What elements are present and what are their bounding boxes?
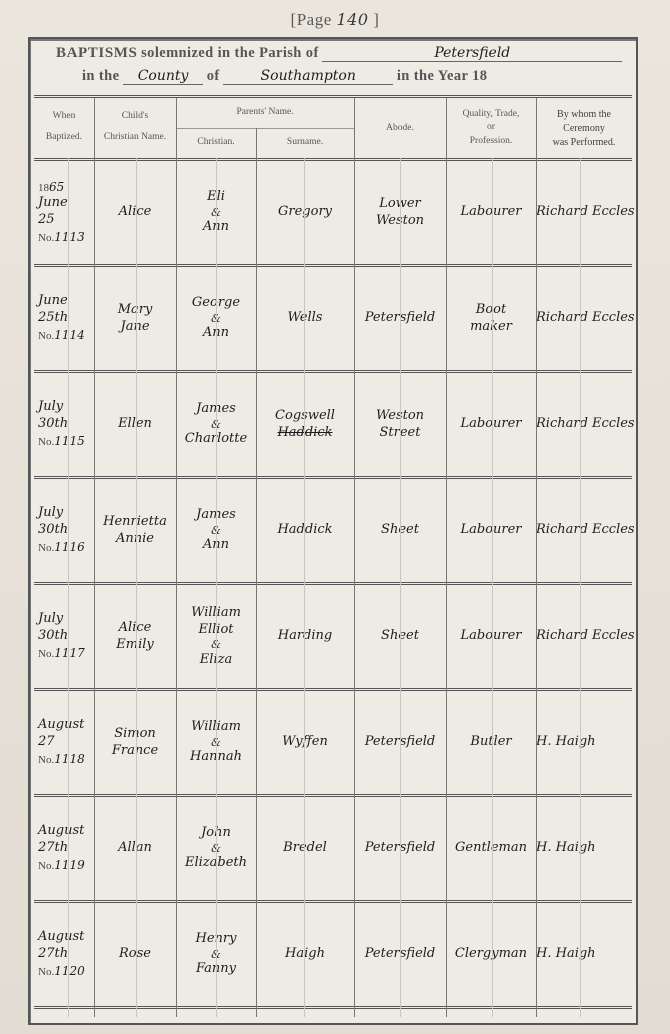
table-header: When Baptized. Child's Christian Name. P…: [34, 98, 632, 161]
register-entry-row: July30thNo.1116HenriettaAnnieJames&AnnHa…: [34, 479, 632, 585]
header-child: Child's Christian Name.: [94, 110, 176, 145]
entry-number-label: No.: [38, 436, 54, 448]
baptism-date: August: [38, 823, 84, 839]
header-parents-name: Parents' Name.: [176, 106, 354, 119]
officiant-name: H. Haigh: [536, 734, 596, 750]
officiant-name: Richard Eccles: [536, 416, 635, 432]
column-rule: [354, 98, 355, 1017]
entry-number-label: No.: [38, 966, 54, 978]
cell-when: July30thNo.1117: [34, 585, 98, 688]
entry-number-label: No.: [38, 754, 54, 766]
year-label: in the Year 18: [397, 68, 488, 84]
child-text: Simon: [114, 726, 156, 742]
baptism-date: July: [38, 505, 63, 521]
entry-number: No.1119: [38, 858, 85, 874]
page-number-handwritten: 140: [337, 10, 369, 29]
cell-surname: Gregory: [256, 161, 354, 264]
header-parents-divider: [176, 128, 354, 129]
title-in-the: in the: [82, 68, 119, 84]
cell-when: July30thNo.1116: [34, 479, 98, 582]
entry-number-value: 1114: [54, 328, 85, 342]
entry-number: No.1116: [38, 540, 85, 556]
officiant-name: Richard Eccles: [536, 204, 635, 220]
quality-text: Boot: [476, 302, 506, 318]
title-line-county: in the County of Southampton in the Year…: [82, 68, 632, 85]
cell-officiant: H. Haigh: [536, 797, 646, 900]
officiant-name: H. Haigh: [536, 946, 596, 962]
quality-text: Butler: [470, 734, 511, 750]
title-baptisms: BAPTISMS: [56, 45, 138, 61]
quality-text: Labourer: [460, 628, 521, 644]
officiant-name: Richard Eccles: [536, 522, 635, 538]
faint-guide-rule: [400, 158, 401, 1017]
surname: Cogswell: [275, 408, 335, 424]
entry-number-value: 1113: [54, 230, 85, 244]
cell-child: Ellen: [94, 373, 176, 476]
child-text: Alice: [119, 620, 152, 636]
cell-child: HenriettaAnnie: [94, 479, 176, 582]
cell-child: AliceEmily: [94, 585, 176, 688]
entry-number: No.1118: [38, 752, 85, 768]
baptism-date: 25th: [38, 310, 68, 326]
cell-surname: CogswellHaddick: [256, 373, 354, 476]
officiant-name: Richard Eccles: [536, 628, 635, 644]
page-label: [Page: [291, 10, 332, 29]
entry-number-label: No.: [38, 232, 54, 244]
entry-number: No.1113: [38, 230, 85, 246]
cell-surname: Haigh: [256, 903, 354, 1006]
cell-quality: Labourer: [446, 161, 536, 264]
faint-guide-rule: [216, 158, 217, 1017]
register-entry-row: July30thNo.1117AliceEmilyWilliamElliot&E…: [34, 585, 632, 691]
cell-quality: Butler: [446, 691, 536, 794]
entry-number-value: 1120: [54, 964, 85, 978]
column-rule: [176, 98, 177, 1017]
cell-surname: Harding: [256, 585, 354, 688]
child-text: Mary: [118, 302, 153, 318]
faint-guide-rule: [68, 158, 69, 1017]
cell-surname: Haddick: [256, 479, 354, 582]
quality-text: Clergyman: [455, 946, 527, 962]
baptism-date: 30th: [38, 628, 68, 644]
entry-number: No.1114: [38, 328, 85, 344]
baptism-date: 27th: [38, 840, 68, 856]
surname: Gregory: [278, 204, 332, 220]
register-entry-row: 1865June25No.1113AliceEli&AnnGregoryLowe…: [34, 161, 632, 267]
quality-text: maker: [470, 319, 512, 335]
header-officiant-line3: was Performed.: [536, 136, 632, 150]
header-when-line1: When: [34, 110, 94, 123]
register-entry-row: August27No.1118SimonFranceWilliam&Hannah…: [34, 691, 632, 797]
baptism-date: 27th: [38, 946, 68, 962]
baptism-date: June: [38, 195, 68, 211]
cell-officiant: H. Haigh: [536, 903, 646, 1006]
child-text: Alice: [119, 204, 152, 220]
header-parents-surname: Surname.: [256, 136, 354, 149]
baptism-register-sheet: BAPTISMS solemnized in the Parish of Pet…: [28, 37, 638, 1025]
faint-guide-rule: [136, 158, 137, 1017]
title-line-parish: BAPTISMS solemnized in the Parish of Pet…: [56, 45, 632, 62]
baptism-date: 25: [38, 212, 55, 228]
cell-when: 1865June25No.1113: [34, 161, 98, 264]
cell-child: SimonFrance: [94, 691, 176, 794]
year: 1865: [38, 180, 64, 196]
baptism-date: 30th: [38, 522, 68, 538]
column-rule: [94, 98, 95, 1017]
quality-text: Labourer: [460, 522, 521, 538]
column-rule: [536, 98, 537, 1017]
cell-surname: Wells: [256, 267, 354, 370]
cell-surname: Wyffen: [256, 691, 354, 794]
entry-number: No.1115: [38, 434, 85, 450]
header-quality: Quality, Trade, or Profession.: [446, 108, 536, 148]
entry-number-value: 1115: [54, 434, 85, 448]
year-handwritten: 65: [49, 180, 64, 194]
cell-child: Allan: [94, 797, 176, 900]
faint-guide-rule: [580, 158, 581, 1017]
officiant-name: Richard Eccles: [536, 310, 635, 326]
cell-when: August27No.1118: [34, 691, 98, 794]
entry-number-label: No.: [38, 330, 54, 342]
header-abode: Abode.: [354, 122, 446, 135]
cell-when: July30thNo.1115: [34, 373, 98, 476]
county-name: Southampton: [223, 68, 393, 85]
year-printed: 18: [38, 182, 49, 194]
cell-officiant: Richard Eccles: [536, 373, 646, 476]
child-text: Allan: [118, 840, 152, 856]
register-entry-row: August27thNo.1120RoseHenry&FannyHaighPet…: [34, 903, 632, 1009]
title-solemnized: solemnized in the Parish of: [141, 45, 319, 61]
header-when: When Baptized.: [34, 110, 94, 145]
page-label-close: ]: [373, 10, 379, 29]
county-label: County: [123, 68, 203, 85]
cell-when: August27thNo.1120: [34, 903, 98, 1006]
cell-officiant: Richard Eccles: [536, 585, 646, 688]
cell-when: June25thNo.1114: [34, 267, 98, 370]
register-title: BAPTISMS solemnized in the Parish of Pet…: [34, 43, 632, 98]
cell-quality: Bootmaker: [446, 267, 536, 370]
child-text: Emily: [116, 637, 153, 653]
entry-number: No.1117: [38, 646, 85, 662]
cell-quality: Gentleman: [446, 797, 536, 900]
child-text: Henrietta: [103, 514, 167, 530]
entry-number-label: No.: [38, 648, 54, 660]
baptism-date: July: [38, 611, 63, 627]
cell-when: August27thNo.1119: [34, 797, 98, 900]
register-entry-row: June25thNo.1114MaryJaneGeorge&AnnWellsPe…: [34, 267, 632, 373]
header-quality-line2: or: [446, 121, 536, 134]
officiant-name: H. Haigh: [536, 840, 596, 856]
baptism-date: August: [38, 929, 84, 945]
baptism-date: 27: [38, 734, 55, 750]
register-entry-row: July30thNo.1115EllenJames&CharlotteCogsw…: [34, 373, 632, 479]
register-entry-row: August27thNo.1119AllanJohn&ElizabethBred…: [34, 797, 632, 903]
parish-name: Petersfield: [322, 45, 622, 62]
cell-quality: Labourer: [446, 585, 536, 688]
header-officiant: By whom the Ceremony was Performed.: [536, 108, 632, 150]
entry-number-label: No.: [38, 542, 54, 554]
header-child-line1: Child's: [94, 110, 176, 123]
entry-number-value: 1118: [54, 752, 85, 766]
baptism-date: 30th: [38, 416, 68, 432]
baptism-date: June: [38, 293, 68, 309]
cell-child: Alice: [94, 161, 176, 264]
child-text: Jane: [120, 319, 149, 335]
header-officiant-line2: Ceremony: [536, 122, 632, 136]
header-quality-line3: Profession.: [446, 135, 536, 148]
register-table: When Baptized. Child's Christian Name. P…: [34, 98, 632, 1017]
header-when-line2: Baptized.: [34, 131, 94, 144]
child-text: Rose: [119, 946, 151, 962]
quality-text: Labourer: [460, 204, 521, 220]
cell-surname: Bredel: [256, 797, 354, 900]
child-text: France: [112, 743, 158, 759]
cell-child: MaryJane: [94, 267, 176, 370]
baptism-date: July: [38, 399, 63, 415]
cell-officiant: Richard Eccles: [536, 267, 646, 370]
title-of: of: [207, 68, 220, 84]
header-child-line2: Christian Name.: [94, 131, 176, 144]
baptism-date: August: [38, 717, 84, 733]
entry-number-value: 1116: [54, 540, 85, 554]
entry-number-value: 1119: [54, 858, 85, 872]
cell-officiant: Richard Eccles: [536, 479, 646, 582]
header-parents-christian: Christian.: [176, 136, 256, 149]
cell-officiant: H. Haigh: [536, 691, 646, 794]
faint-guide-rule: [304, 158, 305, 1017]
cell-quality: Labourer: [446, 479, 536, 582]
cell-child: Rose: [94, 903, 176, 1006]
column-rule: [446, 98, 447, 1017]
child-text: Ellen: [118, 416, 152, 432]
cell-quality: Clergyman: [446, 903, 536, 1006]
cell-officiant: Richard Eccles: [536, 161, 646, 264]
faint-guide-rule: [492, 158, 493, 1017]
cell-quality: Labourer: [446, 373, 536, 476]
quality-text: Labourer: [460, 416, 521, 432]
header-quality-line1: Quality, Trade,: [446, 108, 536, 121]
page-number: [Page 140 ]: [0, 10, 670, 30]
column-rule: [256, 128, 257, 1017]
header-officiant-line1: By whom the: [536, 108, 632, 122]
child-text: Annie: [116, 531, 154, 547]
entry-number-label: No.: [38, 860, 54, 872]
entry-number-value: 1117: [54, 646, 85, 660]
quality-text: Gentleman: [455, 840, 527, 856]
entry-number: No.1120: [38, 964, 85, 980]
